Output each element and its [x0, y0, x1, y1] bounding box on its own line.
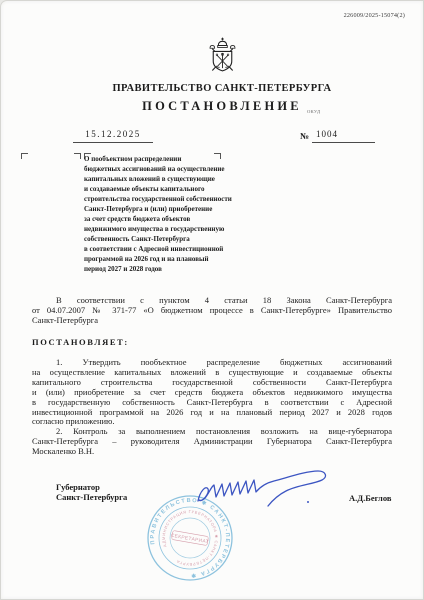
text-line: в соответствии с Адресной инвестиционной [84, 244, 234, 254]
text-line: капитальных вложений в существующие [84, 174, 234, 184]
document-date: 15.12.2025 [73, 129, 153, 143]
stamp-center-text: СЕКРЕТАРИАТ [170, 533, 209, 546]
registration-code: 226009/2025-15074(2) [344, 12, 405, 19]
document-number: 1004 [312, 129, 375, 143]
saint-petersburg-coat-of-arms-icon [204, 36, 241, 79]
document-title: О пообъектном распределениибюджетных асс… [84, 154, 234, 274]
text-line: Губернатор [56, 482, 148, 492]
resolution-item-2: 2. Контроль за выполнением постановления… [32, 427, 392, 457]
text-line: недвижимого имущества в государственную [84, 224, 234, 234]
governor-signature [186, 463, 346, 513]
text-line: за счет средств бюджета объектов [84, 214, 234, 224]
resolution-items: 1. Утвердить пообъектное распределение б… [32, 358, 392, 457]
resolves-label: ПОСТАНОВЛЯЕТ: [32, 337, 129, 347]
corner-mark-icon [74, 153, 81, 159]
text-line: строительства государственной собственно… [84, 194, 234, 204]
resolution-item-1: 1. Утвердить пообъектное распределение б… [32, 358, 392, 427]
text-line: и создаваемые объекты капитального [84, 184, 234, 194]
text-line: собственность Санкт-Петербурга [84, 234, 234, 244]
document-page: 226009/2025-15074(2) ПРАВИТЕЛЬСТВО САНКТ… [0, 0, 424, 600]
text-line: Санкт-Петербурга и (или) приобретение [84, 204, 234, 214]
signer-name: А.Д.Беглов [349, 493, 391, 503]
text-line: бюджетных ассигнований на осуществление [84, 164, 234, 174]
signer-post: ГубернаторСанкт-Петербурга [56, 482, 148, 502]
intro-paragraph: В соответствии с пунктом 4 статьи 18 Зак… [32, 296, 392, 326]
text-line: Москаленко В.Н. [32, 447, 392, 457]
corner-mark-icon [21, 153, 28, 159]
text-line: Санкт-Петербурга [32, 316, 392, 326]
text-line: период 2027 и 2028 годов [84, 264, 234, 274]
government-org-title: ПРАВИТЕЛЬСТВО САНКТ-ПЕТЕРБУРГА [21, 83, 423, 94]
text-line: программой на 2026 год и на плановый [84, 254, 234, 264]
number-sign: № [300, 131, 309, 141]
text-line: Санкт-Петербурга [56, 492, 148, 502]
document-type-title: ПОСТАНОВЛЕНИЕ [21, 99, 423, 114]
okud-label: ОКУД [307, 109, 320, 114]
text-line: О пообъектном распределении [84, 154, 234, 164]
